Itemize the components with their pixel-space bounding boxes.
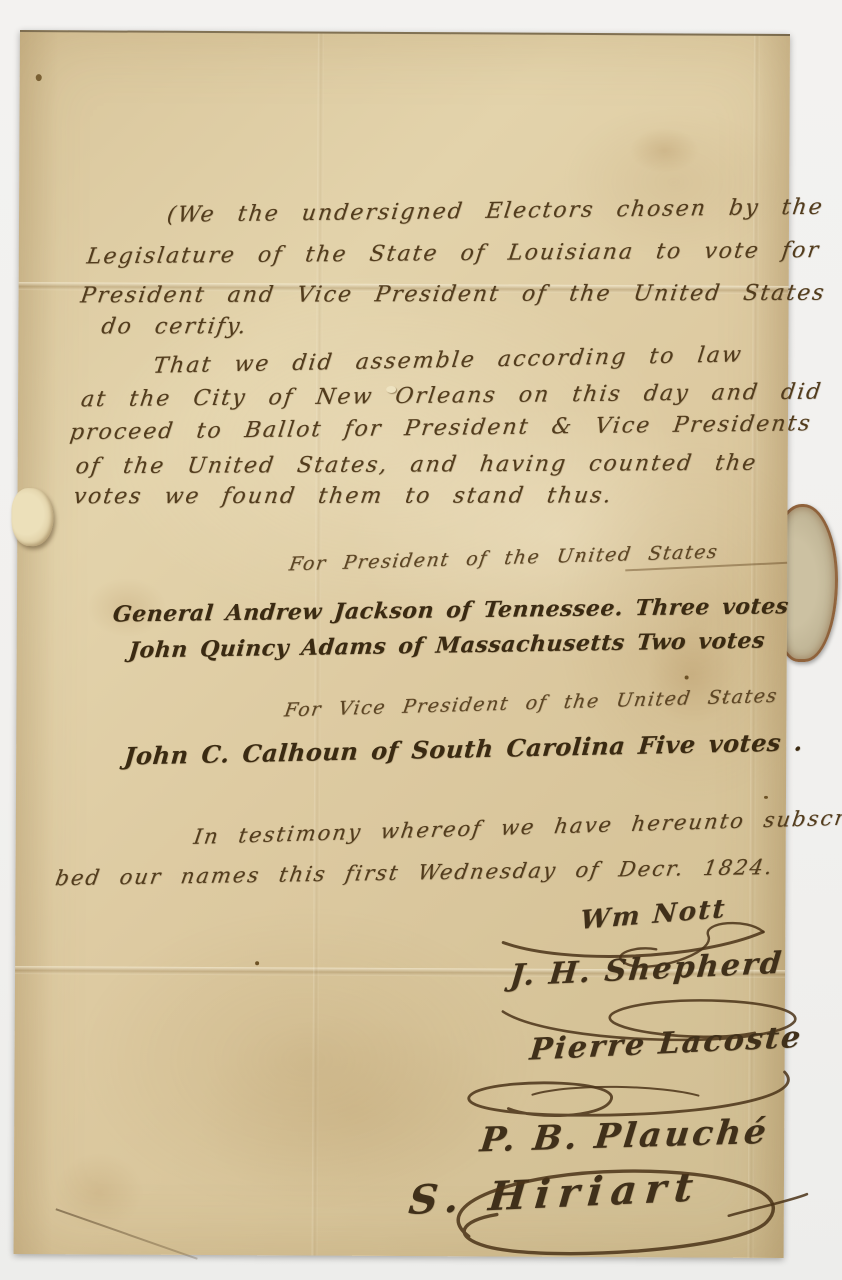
assembly-line-1: That we did assemble according to law [152, 344, 744, 377]
ink-speck [764, 796, 768, 799]
vice-president-vote-calhoun: John C. Calhoun of South Carolina Five v… [123, 730, 804, 768]
paper-stain [629, 127, 699, 173]
signature-wm-nott: Wm Nott [580, 896, 728, 934]
attestation-line-2: bed our names this first Wednesday of De… [54, 857, 775, 889]
attestation-line-1: In testimony whereof we have hereunto su… [192, 807, 842, 848]
intro-line-1: (We the undersigned Electors chosen by t… [166, 197, 826, 227]
vice-president-heading: For Vice President of the United States [283, 687, 779, 721]
assembly-line-4: of the United States, and having counted… [74, 453, 758, 479]
folded-corner-crease [55, 1208, 197, 1259]
ink-speck [685, 675, 689, 679]
paper-stain [347, 404, 768, 666]
document-paper: (We the undersigned Electors chosen by t… [14, 30, 790, 1258]
ink-speck [255, 961, 259, 965]
intro-line-2: Legislature of the State of Louisiana to… [85, 240, 821, 268]
edge-tear [11, 488, 53, 546]
assembly-line-3: proceed to Ballot for President & Vice P… [68, 413, 813, 444]
signature-s-hiriart: S. Hiriart [407, 1167, 703, 1221]
signature-pierre-lacoste: Pierre Lacoste [528, 1023, 803, 1066]
president-vote-jackson: General Andrew Jackson of Tennessee. Thr… [112, 595, 790, 625]
signature-j-h-shepherd: J. H. Shepherd [509, 949, 785, 992]
assembly-line-5: votes we found them to stand thus. [72, 485, 614, 508]
paper-speck [36, 74, 42, 81]
scan-background: (We the undersigned Electors chosen by t… [0, 0, 842, 1280]
president-vote-adams: John Quincy Adams of Massachusetts Two v… [128, 630, 766, 662]
signature-p-b-plauche: P. B. Plauché [478, 1115, 770, 1157]
intro-line-4: do certify. [100, 316, 249, 338]
assembly-line-2: at the City of New Orleans on this day a… [80, 382, 824, 412]
intro-line-3: President and Vice President of the Unit… [79, 283, 827, 308]
paper-stain [54, 1152, 144, 1232]
